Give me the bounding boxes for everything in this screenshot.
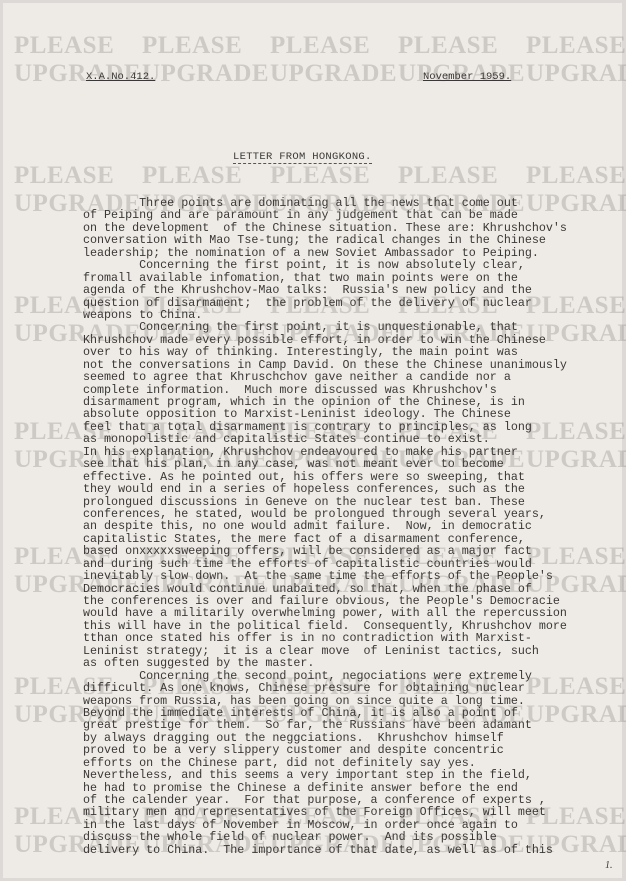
letter-line: see that his plan, in any case, was not … [83, 458, 623, 470]
letter-line: of Peiping and are paramount in any judg… [83, 209, 623, 221]
letter-line: proved to be a very slippery customer an… [83, 744, 623, 756]
letter-line: difficult. As one knows, Chinese pressur… [83, 682, 623, 694]
letter-line: over to his way of thinking. Interesting… [83, 346, 623, 358]
letter-line: tthan once stated his offer is in no con… [83, 632, 623, 644]
document-date: November 1959. [423, 71, 511, 83]
letter-line: they would end in a series of hopeless c… [83, 483, 623, 495]
letter-line: would have a militarily overwhelming pow… [83, 607, 623, 619]
letter-line: as often suggested by the master. [83, 657, 623, 669]
letter-line: delivery to China. The importance of tha… [83, 844, 623, 856]
letter-line: Concerning the first point, it is now ab… [83, 259, 623, 271]
letter-line: military men and representatives of the … [83, 806, 623, 818]
letter-line: inevitably slow down. At the same time t… [83, 570, 623, 582]
document-title: LETTER FROM HONGKONG. [233, 151, 372, 164]
letter-line: Nevertheless, and this seems a very impo… [83, 769, 623, 781]
page-number: 1. [605, 860, 613, 871]
letter-line: based onxxxxxsweeping offers, will be co… [83, 545, 623, 557]
letter-line: discuss the whole field of nuclear power… [83, 831, 623, 843]
letter-line: conversation with Mao Tse-tung; the radi… [83, 234, 623, 246]
letter-body: Three points are dominating all the news… [83, 197, 623, 856]
letter-line: as monopolistic and capitalistic States … [83, 433, 623, 445]
letter-line: seemed to agree that Khruschchov gave ne… [83, 371, 623, 383]
typewritten-letter: X.A.No.412. November 1959. LETTER FROM H… [0, 0, 626, 881]
letter-line: an despite this, no one would admit fail… [83, 520, 623, 532]
letter-line: Concerning the first point, it is unques… [83, 321, 623, 333]
letter-line: absolute opposition to Marxist-Leninist … [83, 408, 623, 420]
document-reference: X.A.No.412. [86, 71, 155, 83]
letter-line: great prestige for them. So far, the Rus… [83, 719, 623, 731]
letter-line: agenda of the Khrushchov-Mao talks: Russ… [83, 284, 623, 296]
